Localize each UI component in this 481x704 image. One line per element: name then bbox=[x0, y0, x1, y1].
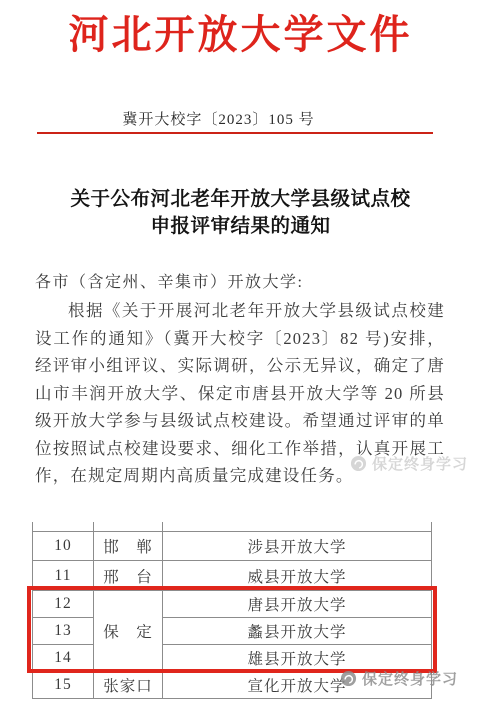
table-cutoff-stub bbox=[32, 522, 33, 531]
cell-city: 邢 台 bbox=[94, 561, 163, 591]
table-row-14: 14 雄县开放大学 bbox=[33, 645, 432, 671]
table-cutoff-stub bbox=[162, 522, 163, 531]
cell-number: 13 bbox=[33, 618, 94, 645]
cell-number: 12 bbox=[33, 591, 94, 618]
cell-school: 唐县开放大学 bbox=[163, 591, 432, 618]
table-row-11: 11 邢 台 威县开放大学 bbox=[33, 561, 432, 591]
red-divider-line bbox=[37, 132, 433, 134]
watermark-text: 保定终身学习 bbox=[372, 453, 468, 474]
watermark-logo-icon bbox=[340, 670, 357, 687]
cell-school: 涉县开放大学 bbox=[163, 532, 432, 561]
notice-title-line1: 关于公布河北老年开放大学县级试点校 bbox=[0, 186, 481, 213]
table-row-10: 10 邯 郸 涉县开放大学 bbox=[33, 532, 432, 561]
table-cutoff-stub bbox=[93, 522, 94, 531]
notice-title: 关于公布河北老年开放大学县级试点校 申报评审结果的通知 bbox=[0, 186, 481, 240]
table-cutoff-stub bbox=[431, 522, 432, 531]
cell-school: 雄县开放大学 bbox=[163, 645, 432, 671]
cell-city: 张家口 bbox=[94, 671, 163, 699]
document-number: 冀开大校字〔2023〕105 号 bbox=[0, 108, 437, 129]
document-header-title: 河北开放大学文件 bbox=[0, 3, 481, 60]
cell-school: 蠡县开放大学 bbox=[163, 618, 432, 645]
cell-number: 14 bbox=[33, 645, 94, 671]
cell-number: 10 bbox=[33, 532, 94, 561]
table-row-13: 13 蠡县开放大学 bbox=[33, 618, 432, 645]
document-page: 河北开放大学文件 冀开大校字〔2023〕105 号 关于公布河北老年开放大学县级… bbox=[0, 0, 481, 704]
salutation: 各市（含定州、辛集市）开放大学: bbox=[35, 269, 303, 292]
watermark-bottom: 保定终身学习 bbox=[340, 668, 458, 689]
cell-number: 15 bbox=[33, 671, 94, 699]
table-row-12: 12 保 定 唐县开放大学 bbox=[33, 591, 432, 618]
cell-number: 11 bbox=[33, 561, 94, 591]
cell-city: 邯 郸 bbox=[94, 532, 163, 561]
watermark-logo-icon bbox=[350, 455, 367, 472]
watermark-mid: 保定终身学习 bbox=[350, 453, 468, 474]
cell-school: 威县开放大学 bbox=[163, 561, 432, 591]
watermark-text: 保定终身学习 bbox=[362, 668, 458, 689]
notice-title-line2: 申报评审结果的通知 bbox=[0, 213, 481, 240]
cell-city-merged: 保 定 bbox=[94, 591, 163, 671]
